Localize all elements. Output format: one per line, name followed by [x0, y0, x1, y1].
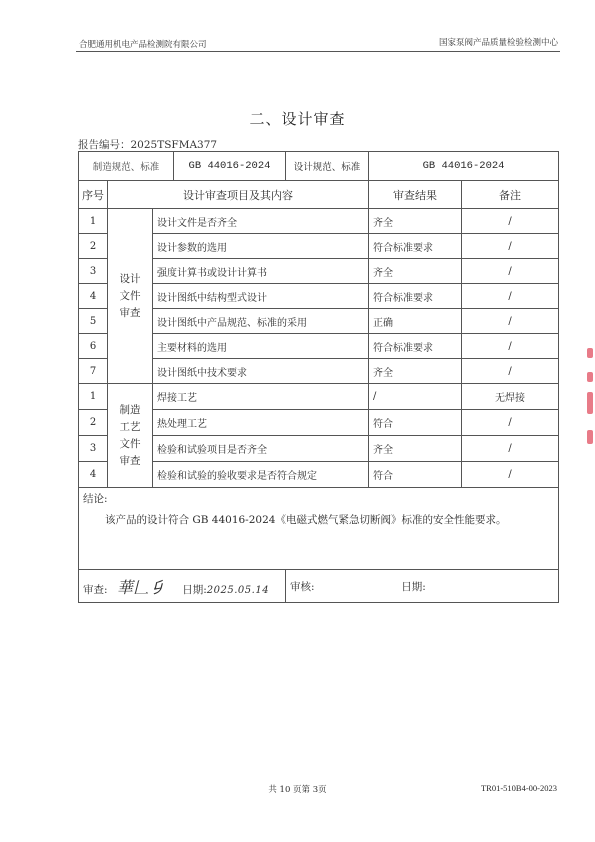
row-seq: 5: [79, 309, 108, 334]
row-seq: 2: [79, 410, 108, 436]
table-row: 1 设计 文件 审查 设计文件是否齐全 齐全 /: [79, 209, 559, 234]
review-signature: 華𠃊𠂎: [117, 578, 165, 597]
row-seq: 1: [79, 209, 108, 234]
row-item: 检验和试验的验收要求是否符合规定: [153, 462, 369, 488]
group-label-process-docs: 制造 工艺 文件 审查: [108, 384, 153, 488]
row-result: 符合标准要求: [369, 234, 462, 259]
manufacturing-standard-value: GB 44016-2024: [174, 152, 286, 181]
row-seq: 1: [79, 384, 108, 410]
row-seq: 3: [79, 436, 108, 462]
review-date-label: 日期:: [182, 584, 207, 596]
row-item: 设计图纸中技术要求: [153, 359, 369, 384]
row-result: 符合标准要求: [369, 334, 462, 359]
review-label: 审查:: [83, 584, 108, 596]
row-remark: /: [462, 334, 559, 359]
review-date: 2025.05.14: [207, 585, 269, 596]
row-item: 主要材料的选用: [153, 334, 369, 359]
row-item: 设计图纸中产品规范、标准的采用: [153, 309, 369, 334]
report-number: 报告编号：2025TSFMA377: [78, 137, 217, 152]
row-item: 强度计算书或设计计算书: [153, 259, 369, 284]
table-row: 1 制造 工艺 文件 审查 焊接工艺 / 无焊接: [79, 384, 559, 410]
header-item: 设计审查项目及其内容: [108, 181, 369, 209]
seal-stamp-fragment: [587, 348, 593, 358]
header-remark: 备注: [462, 181, 559, 209]
seal-stamp-fragment: [587, 430, 593, 444]
design-review-table: 制造规范、标准 GB 44016-2024 设计规范、标准 GB 44016-2…: [78, 151, 559, 603]
group-label-line: 文件: [108, 288, 152, 305]
approve-label: 审核:: [290, 581, 315, 593]
row-remark: /: [462, 259, 559, 284]
design-standard-value: GB 44016-2024: [369, 152, 559, 181]
row-remark: 无焊接: [462, 384, 559, 410]
row-result: 齐全: [369, 259, 462, 284]
row-item: 热处理工艺: [153, 410, 369, 436]
header-divider: [76, 51, 560, 52]
row-remark: /: [462, 462, 559, 488]
row-remark: /: [462, 309, 559, 334]
row-seq: 3: [79, 259, 108, 284]
row-result: 齐全: [369, 209, 462, 234]
conclusion-row: 结论: 该产品的设计符合 GB 44016-2024《电磁式燃气紧急切断阀》标准…: [79, 488, 559, 570]
header-center-name: 国家泵阀产品质量检验检测中心: [439, 36, 558, 48]
group-label-line: 工艺: [108, 419, 152, 436]
row-item: 设计参数的选用: [153, 234, 369, 259]
approve-date-label: 日期:: [401, 581, 426, 593]
header-company: 合肥通用机电产品检测院有限公司: [79, 38, 207, 50]
row-result: 齐全: [369, 359, 462, 384]
row-remark: /: [462, 359, 559, 384]
header-result: 审查结果: [369, 181, 462, 209]
row-result: 符合: [369, 462, 462, 488]
header-seq: 序号: [79, 181, 108, 209]
conclusion-label: 结论:: [83, 491, 558, 506]
row-remark: /: [462, 234, 559, 259]
review-cell: 审查: 華𠃊𠂎 日期:2025.05.14: [79, 570, 286, 603]
row-item: 设计图纸中结构型式设计: [153, 284, 369, 309]
row-result: 正确: [369, 309, 462, 334]
table-header-row: 序号 设计审查项目及其内容 审查结果 备注: [79, 181, 559, 209]
group-label-line: 文件: [108, 436, 152, 453]
row-seq: 4: [79, 462, 108, 488]
group-label-line: 设计: [108, 271, 152, 288]
page-title: 二、设计审查: [0, 108, 595, 129]
group-label-line: 审查: [108, 453, 152, 470]
standards-row: 制造规范、标准 GB 44016-2024 设计规范、标准 GB 44016-2…: [79, 152, 559, 181]
conclusion-cell: 结论: 该产品的设计符合 GB 44016-2024《电磁式燃气紧急切断阀》标准…: [79, 488, 559, 570]
row-remark: /: [462, 436, 559, 462]
report-number-value: 2025TSFMA377: [131, 139, 218, 151]
row-remark: /: [462, 209, 559, 234]
row-remark: /: [462, 284, 559, 309]
row-seq: 6: [79, 334, 108, 359]
row-result: 符合: [369, 410, 462, 436]
conclusion-text: 该产品的设计符合 GB 44016-2024《电磁式燃气紧急切断阀》标准的安全性…: [83, 512, 558, 527]
seal-stamp-fragment: [587, 392, 593, 414]
row-item: 设计文件是否齐全: [153, 209, 369, 234]
row-result: /: [369, 384, 462, 410]
row-seq: 7: [79, 359, 108, 384]
manufacturing-standard-label: 制造规范、标准: [79, 152, 174, 181]
design-standard-label: 设计规范、标准: [286, 152, 369, 181]
row-seq: 4: [79, 284, 108, 309]
document-code: TR01-510B4-00-2023: [481, 783, 557, 793]
row-result: 齐全: [369, 436, 462, 462]
row-result: 符合标准要求: [369, 284, 462, 309]
group-label-line: 制造: [108, 402, 152, 419]
group-label-line: 审查: [108, 305, 152, 322]
report-number-label: 报告编号：: [78, 139, 131, 151]
row-seq: 2: [79, 234, 108, 259]
seal-stamp-fragment: [587, 372, 593, 382]
row-item: 检验和试验项目是否齐全: [153, 436, 369, 462]
approve-cell: 审核: 日期:: [286, 570, 559, 603]
row-remark: /: [462, 410, 559, 436]
row-item: 焊接工艺: [153, 384, 369, 410]
signoff-row: 审查: 華𠃊𠂎 日期:2025.05.14 审核: 日期:: [79, 570, 559, 603]
group-label-design-docs: 设计 文件 审查: [108, 209, 153, 384]
